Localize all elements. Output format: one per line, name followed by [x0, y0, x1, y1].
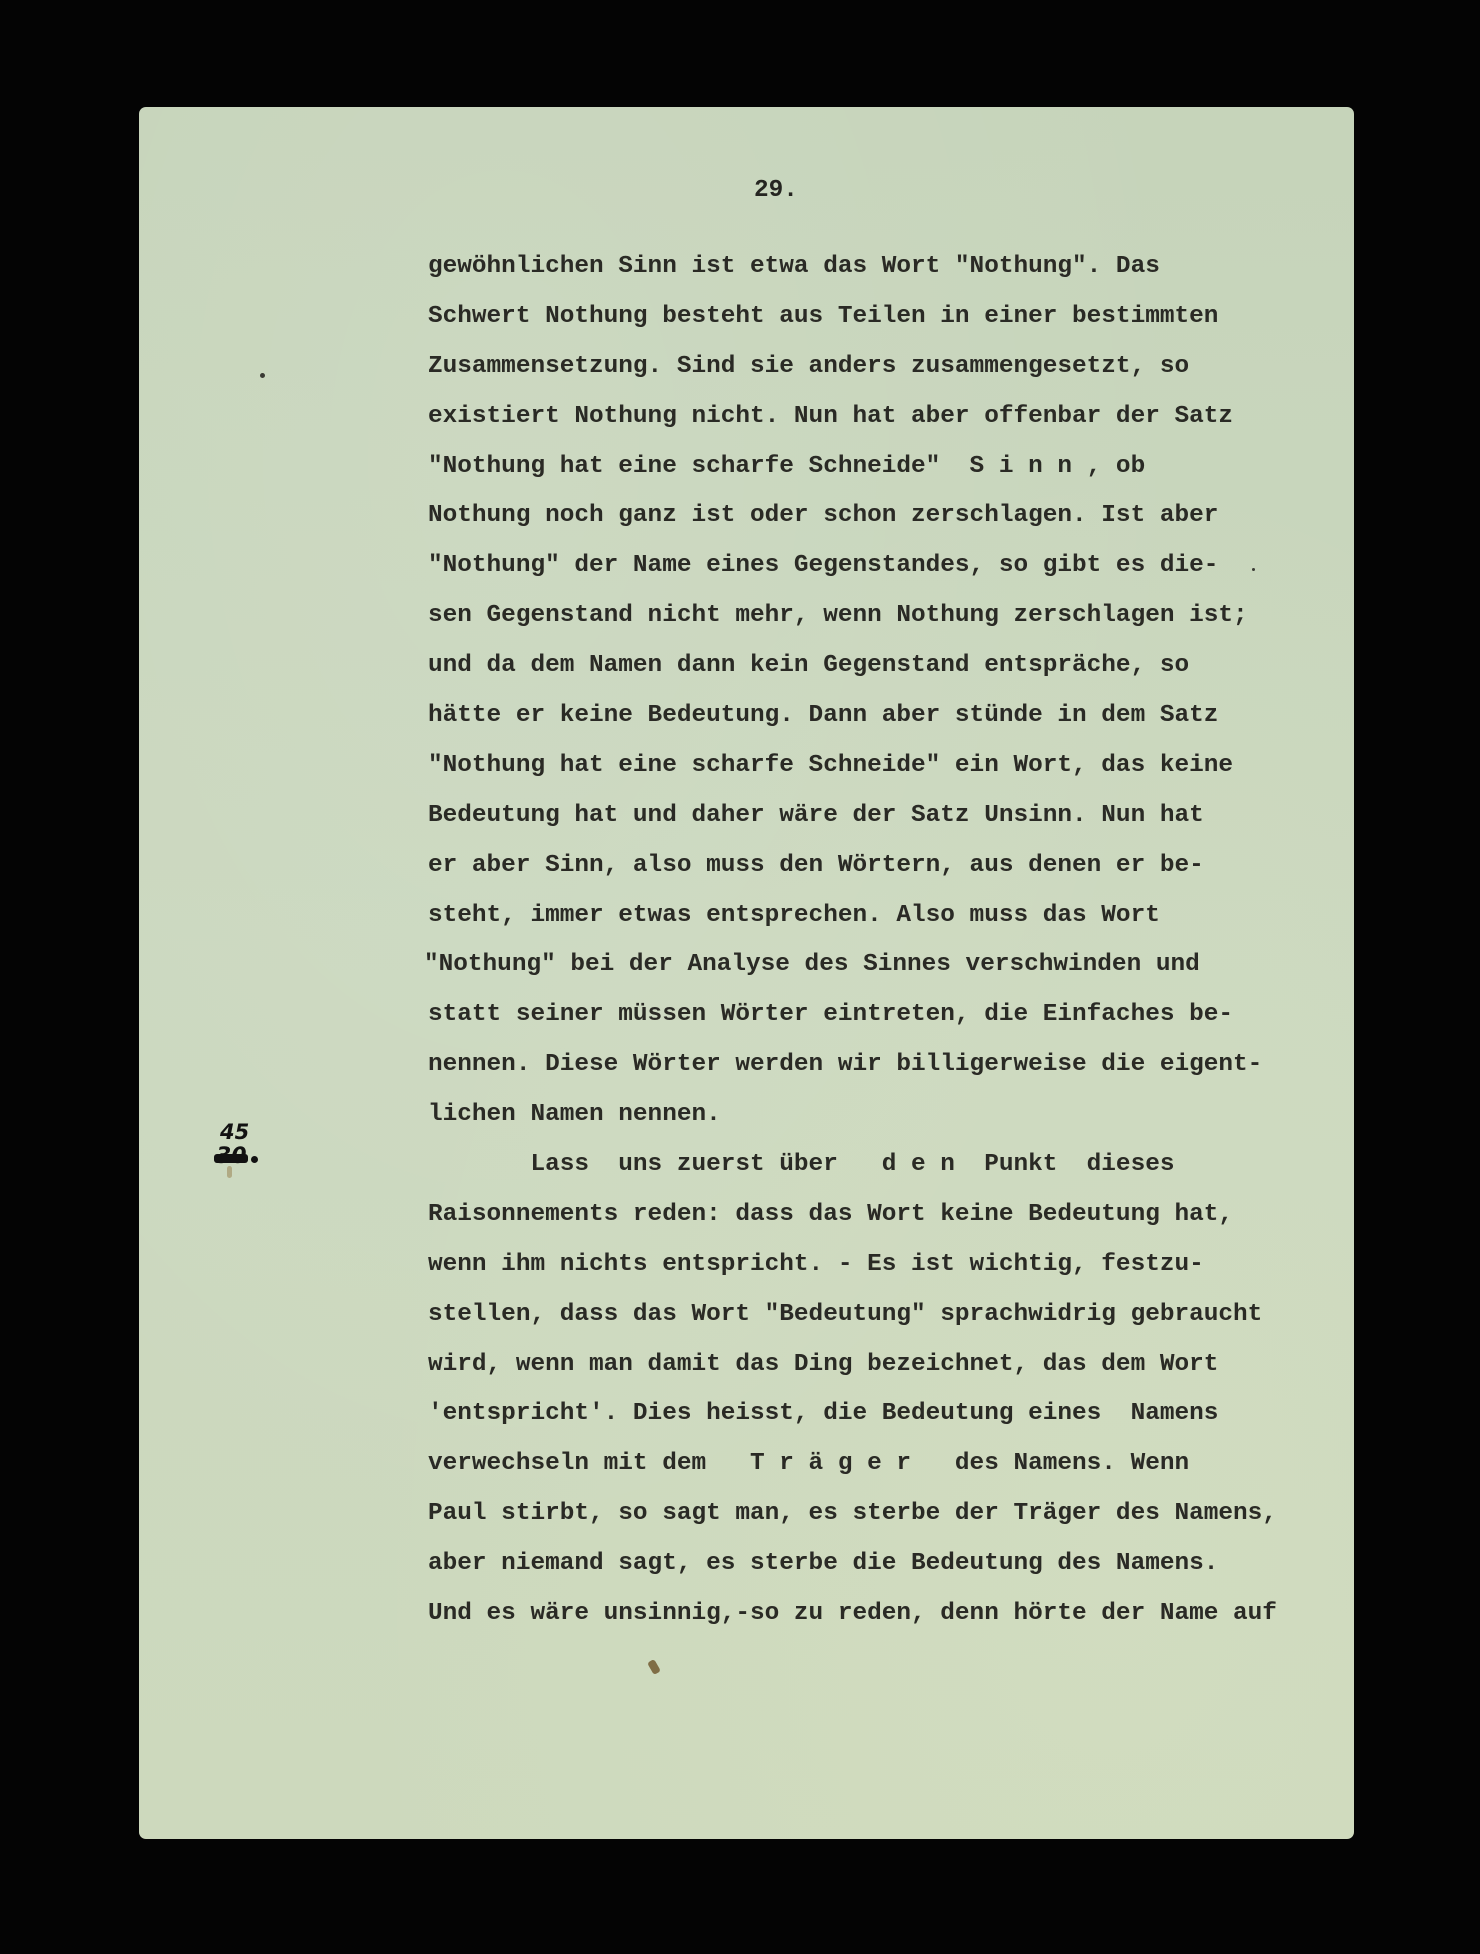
strikethrough-mark — [214, 1154, 248, 1163]
text-line: er aber Sinn, also muss den Wörtern, aus… — [428, 851, 1277, 901]
text-line: Paul stirbt, so sagt man, es sterbe der … — [428, 1499, 1277, 1549]
text-line: steht, immer etwas entsprechen. Also mus… — [428, 901, 1277, 951]
text-line: hätte er keine Bedeutung. Dann aber stün… — [428, 701, 1277, 751]
margin-period — [251, 1156, 258, 1163]
text-line: lichen Namen nennen. — [428, 1100, 1277, 1150]
text-line: "Nothung hat eine scharfe Schneide" ein … — [428, 751, 1277, 801]
text-line: sen Gegenstand nicht mehr, wenn Nothung … — [428, 601, 1277, 651]
text-line: "Nothung" bei der Analyse des Sinnes ver… — [424, 950, 1277, 1000]
paragraph-start-line: Lass uns zuerst über d e n Punkt dieses — [428, 1150, 1277, 1200]
text-line: stellen, dass das Wort "Bedeutung" sprac… — [428, 1300, 1277, 1350]
text-line: 'entspricht'. Dies heisst, die Bedeutung… — [428, 1399, 1277, 1449]
text-line: "Nothung" der Name eines Gegenstandes, s… — [428, 551, 1277, 601]
text-line: gewöhnlichen Sinn ist etwa das Wort "Not… — [428, 252, 1277, 302]
page-number: 29. — [754, 176, 798, 206]
text-line: nennen. Diese Wörter werden wir billiger… — [428, 1050, 1277, 1100]
text-line: Zusammensetzung. Sind sie anders zusamme… — [428, 352, 1277, 402]
paper-speck — [260, 373, 265, 378]
margin-new-number: 45 — [216, 1120, 258, 1144]
text-line: Bedeutung hat und daher wäre der Satz Un… — [428, 801, 1277, 851]
text-line: "Nothung hat eine scharfe Schneide" S i … — [428, 452, 1277, 502]
text-line: statt seiner müssen Wörter eintreten, di… — [428, 1000, 1277, 1050]
margin-annotation: 45 30 — [216, 1120, 258, 1170]
text-line: verwechseln mit dem T r ä g e r des Name… — [428, 1449, 1277, 1499]
text-line: wird, wenn man damit das Ding bezeichnet… — [428, 1350, 1277, 1400]
text-line: existiert Nothung nicht. Nun hat aber of… — [428, 402, 1277, 452]
text-line: Nothung noch ganz ist oder schon zerschl… — [428, 501, 1277, 551]
text-line: Schwert Nothung besteht aus Teilen in ei… — [428, 302, 1277, 352]
text-line: und da dem Namen dann kein Gegenstand en… — [428, 651, 1277, 701]
text-line: Und es wäre unsinnig,-so zu reden, denn … — [428, 1599, 1277, 1649]
text-line: aber niemand sagt, es sterbe die Bedeutu… — [428, 1549, 1277, 1599]
text-line: wenn ihm nichts entspricht. - Es ist wic… — [428, 1250, 1277, 1300]
body-text: gewöhnlichen Sinn ist etwa das Wort "Not… — [428, 252, 1277, 1649]
margin-crossed-out-number: 30 — [216, 1144, 258, 1170]
text-line: Raisonnements reden: dass das Wort keine… — [428, 1200, 1277, 1250]
